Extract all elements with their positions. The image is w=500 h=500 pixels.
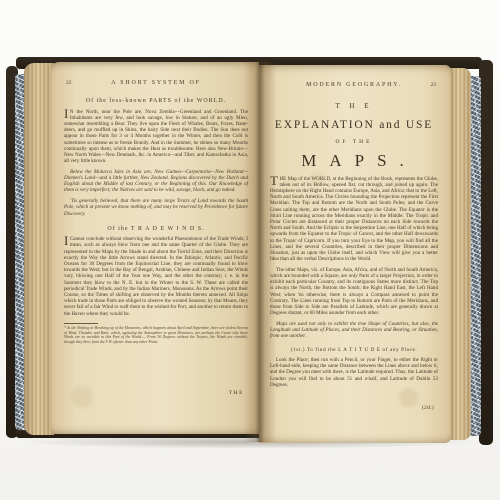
section-heading-parts-of-world: Of the less-known PARTS of the WORLD. [64,98,248,104]
book-cover-right-edge [479,60,493,445]
book-photo: 22 A SHORT SYSTEM OF Of the less-known P… [0,0,500,500]
left-page: 22 A SHORT SYSTEM OF Of the less-known P… [51,62,259,434]
running-header-right: MODERN GEOGRAPHY. [306,82,402,88]
section-heading-trade-winds: Of the T R A D E W I N D S. [64,226,248,232]
subheading-find-latitude: (1st.) To find the L A T I T U D E of an… [270,347,438,353]
paragraph-south-regions: Below the Molucca Isles in Asia are, New… [64,169,248,194]
paragraph-other-maps: The other Maps, viz. of Europe, Asia, Af… [270,267,438,317]
right-page-header: MODERN GEOGRAPHY. 23 [270,82,438,91]
paragraph-south-pole: 'Tis generally believed, that there are … [64,198,248,217]
page-number-left: 22 [66,80,72,86]
left-page-content: 22 A SHORT SYSTEM OF Of the less-known P… [51,62,259,434]
page-edges-right [448,68,471,440]
title-the: T H E [270,102,438,110]
right-page-content: MODERN GEOGRAPHY. 23 T H E EXPLANATION a… [259,65,451,443]
paragraph-trade-winds: I Cannot conclude without observing the … [64,236,248,317]
paragraph-north-regions: IN the North, near the Pole are, Nova Ze… [64,109,248,165]
page-number-right: 23 [431,82,437,88]
footnote-monsoons: * At the Shifting or Breaking up of the … [64,326,248,345]
catchword-left: THE [229,390,244,396]
page-edges-left [24,63,54,435]
left-page-header: 22 A SHORT SYSTEM OF [64,80,248,89]
paragraph-world-map: THE Map of the WORLD, at the Beginning o… [270,176,438,263]
title-explanation-and-use: EXPLANATION and USE [270,119,438,131]
paragraph-maps-uses: Maps are used not only to exhibit the tr… [270,321,438,340]
paragraph-latitude-method: Look the Place; then run with a Pencil, … [270,357,438,388]
catchword-right: (2d.) [422,405,434,411]
title-maps: MAPS. [270,151,438,171]
right-page: MODERN GEOGRAPHY. 23 T H E EXPLANATION a… [259,65,451,443]
running-header-left: A SHORT SYSTEM OF [111,80,201,86]
footnote-rule [64,323,98,324]
title-of-the: OF THE [270,139,438,145]
